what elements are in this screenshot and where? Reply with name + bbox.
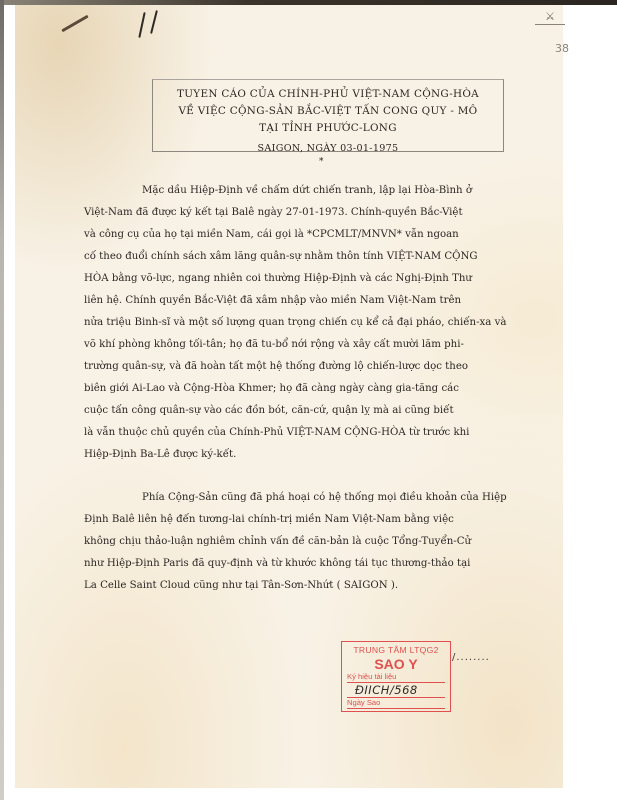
text-line: HÒA bằng võ-lực, ngang nhiên coi thường …	[84, 268, 554, 290]
stamp-title: SAO Y	[347, 656, 445, 672]
title-line-3: TẠI TỈNH PHƯỚC-LONG	[153, 120, 503, 137]
text-line: cuộc tấn công quân-sự vào các đồn bót, c…	[84, 400, 554, 422]
signature-line: /........	[452, 652, 490, 663]
archive-mark-icon: ⚔	[535, 10, 575, 36]
ink-stain	[138, 12, 145, 38]
stamp-header: TRUNG TÂM LTQG2	[347, 645, 445, 655]
archive-stamp: TRUNG TÂM LTQG2 SAO Y Ký hiệu tài liệu Đ…	[341, 641, 451, 712]
text-line: biên giới Ai-Lao và Cộng-Hòa Khmer; họ đ…	[84, 378, 554, 400]
stamp-ref-value: ĐIICH/568	[347, 683, 445, 698]
title-box: TUYEN CÁO CỦA CHÍNH-PHỦ VIỆT-NAM CỘNG-HÒ…	[152, 79, 504, 152]
ink-stain	[150, 10, 158, 34]
text-line: liên hệ. Chính quyền Bắc-Việt đã xâm nhậ…	[84, 290, 554, 312]
text-line: võ khí phòng không tối-tân; họ đã tu-bổ …	[84, 334, 554, 356]
stamp-date-label: Ngày Sao	[347, 698, 445, 709]
ink-stain	[61, 15, 88, 33]
text-line: là vẫn thuộc chủ quyền của Chính-Phủ VIỆ…	[84, 422, 554, 444]
dateline: SAIGON, NGÀY 03-01-1975	[153, 140, 503, 157]
title-line-2: VỀ VIỆC CỘNG-SẢN BẮC-VIỆT TẤN CONG QUY -…	[153, 103, 503, 120]
title-line-1: TUYEN CÁO CỦA CHÍNH-PHỦ VIỆT-NAM CỘNG-HÒ…	[153, 86, 503, 103]
page-number: 38	[555, 42, 569, 55]
text-line: nửa triệu Binh-sĩ và một số lượng quan t…	[84, 312, 554, 334]
text-line: không chịu thảo-luận nghiêm chỉnh vấn đề…	[84, 531, 554, 553]
separator-mark: *	[319, 157, 324, 167]
body-text: Mặc dầu Hiệp-Định về chấm dứt chiến tran…	[84, 180, 554, 597]
text-line: như Hiệp-Định Paris đã quy-định và từ kh…	[84, 553, 554, 575]
text-line: Việt-Nam đã được ký kết tại Balê ngày 27…	[84, 202, 554, 224]
paragraph-2: Phía Cộng-Sản cũng đã phá hoại có hệ thố…	[84, 487, 554, 597]
stamp-ref-label: Ký hiệu tài liệu	[347, 672, 445, 683]
scan-left-edge	[0, 0, 4, 800]
text-line: Hiệp-Định Ba-Lê được ký-kết.	[84, 444, 554, 466]
text-line: trường quân-sự, và đã hoàn tất một hệ th…	[84, 356, 554, 378]
paragraph-1: Mặc dầu Hiệp-Định về chấm dứt chiến tran…	[84, 180, 554, 466]
text-line: Phía Cộng-Sản cũng đã phá hoại có hệ thố…	[84, 487, 554, 509]
text-line: Mặc dầu Hiệp-Định về chấm dứt chiến tran…	[84, 180, 554, 202]
text-line: Định Balê liên hệ đến tương-lai chính-tr…	[84, 509, 554, 531]
text-line: La Celle Saint Cloud cũng như tại Tân-Sơ…	[84, 575, 554, 597]
handwritten-glyph: ⚔	[535, 10, 565, 25]
text-line: và công cụ của họ tại miền Nam, cái gọi …	[84, 224, 554, 246]
text-line: cố theo đuổi chính sách xâm lăng quân-sự…	[84, 246, 554, 268]
